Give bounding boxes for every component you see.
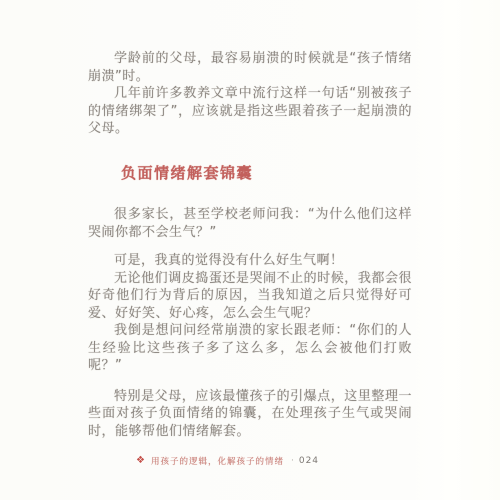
book-page: 学龄前的父母，最容易崩溃的时候就是“孩子情绪崩溃”时。 几年前许多教养文章中流行…	[0, 0, 500, 500]
intro-paragraph-2: 几年前许多教养文章中流行这样一句话“别被孩子的情绪绑架了”，应该就是指这些跟着孩…	[88, 85, 412, 138]
diamond-icon: ❖	[136, 456, 145, 466]
section-heading: 负面情绪解套锦囊	[88, 165, 412, 183]
section-paragraph-5: 特别是父母，应该最懂孩子的引爆点，这里整理一些面对孩子负面情绪的锦囊，在处理孩子…	[88, 388, 412, 441]
section-paragraph-2: 可是，我真的觉得没有什么好生气啊！	[88, 252, 412, 270]
section-paragraph-3: 无论他们调皮捣蛋还是哭闹不止的时候，我都会很好奇他们行为背后的原因，当我知道之后…	[88, 270, 412, 323]
intro-paragraph-1: 学龄前的父母，最容易崩溃的时候就是“孩子情绪崩溃”时。	[88, 50, 412, 85]
section-paragraph-1: 很多家长，甚至学校老师问我：“为什么他们这样哭闹你都不会生气？”	[88, 206, 412, 241]
footer-separator: ·	[291, 456, 294, 466]
footer-chapter-title: 用孩子的逻辑，化解孩子的情绪	[151, 455, 284, 467]
page-number: 024	[299, 456, 319, 466]
text-column: 学龄前的父母，最容易崩溃的时候就是“孩子情绪崩溃”时。 几年前许多教养文章中流行…	[88, 50, 412, 440]
section-paragraph-4: 我倒是想问问经常崩溃的家长跟老师：“你们的人生经验比这些孩子多了这么多，怎么会被…	[88, 322, 412, 375]
page-footer: ❖ 用孩子的逻辑，化解孩子的情绪 · 024	[136, 455, 319, 467]
